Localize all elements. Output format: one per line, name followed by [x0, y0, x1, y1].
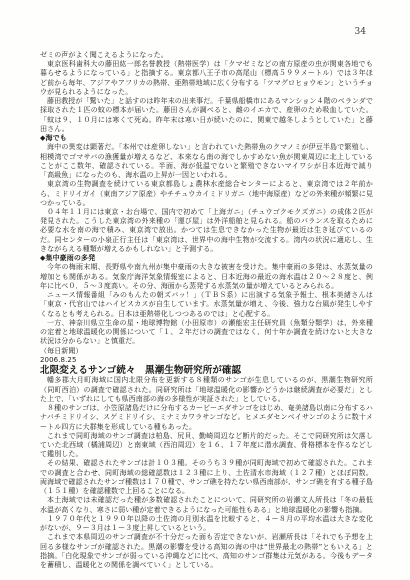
document-page: 34 ゼミの声がよく聞こえるようになった。 東京医科歯科大の藤田紘一郎名誉教授（…: [0, 0, 410, 580]
article1-paragraph-tokyo-bay: 東京湾の生物調査を続けている東京都島しょ農林水産総合センターによると、東京湾では…: [40, 180, 373, 208]
article1-paragraph-sea-changes: 海中の異変は顕著だ。「本州では産卵しない」と言われていた熱帯魚のクマノミが伊豆半…: [40, 143, 373, 180]
article1-section-heading-sea: ◆海でも: [40, 134, 373, 143]
article2-paragraph-outlook: これまで本県周辺のサンゴ調査が不十分だった面も否定できないが、岩瀬所長は「それで…: [40, 533, 373, 570]
article1-paragraph-rain: 今年の梅雨末期、長野県や南九州が集中豪雨の大きな被害を受けた。集中豪雨の多発は、…: [40, 263, 373, 291]
article2-headline: 北限変えるサンゴ続々 黒潮生物研究所が確認: [40, 365, 373, 376]
article1-paragraph-fujita-intro: 東京医科歯科大の藤田紘一郎名誉教授（熱帯医学）は「クマゼミなどの南方原産の虫が関…: [40, 60, 373, 97]
page-content: ゼミの声がよく聞こえるようになった。 東京医科歯科大の藤田紘一郎名誉教授（熱帯医…: [40, 51, 373, 570]
article2-date: 2006.8.25: [40, 356, 373, 365]
article2-paragraph-survey: これまで同町海域のサンゴ調査は柏島、尻貝、勤崎周辺など断片的だった。そこで同研究…: [40, 432, 373, 460]
article1-continuation-line: ゼミの声がよく聞こえるようになった。: [40, 51, 373, 60]
article2-paragraph-temperature: １９７０年代と１９９０年以降の土佐湾の月別水温を比較すると、４ー８月の平均水温は…: [40, 515, 373, 533]
article2-paragraph-lead: 幡多郡大月町海域に国内北限分布を更新する８種類のサンゴが生息しているのが、黒潮生…: [40, 376, 373, 404]
article2-paragraph-species: ８種のサンゴは、小笠原諸島だけに分布するカービーエダサンゴをはじめ、奄美諸島以南…: [40, 404, 373, 432]
article1-section-heading-rain: ◆集中豪雨の多発: [40, 254, 373, 263]
article2-paragraph-results: その結果、確認されたサンゴは計１０３種。そのうち３９種が同町海域で初めて確認され…: [40, 459, 373, 496]
article1-source-credit: （毎日新聞）: [40, 347, 373, 356]
article1-paragraph-fujita-mosquito: 藤田教授が「驚いた」と話すのは昨年末の出来事だ。千葉県船橋市にあるマンション４階…: [40, 97, 373, 134]
article1-paragraph-shanghai-crab: ０４年１１月には東京・お台場で、国内で初めて「上海ガニ」（チュウゴクモクズガニ）…: [40, 208, 373, 254]
article2-paragraph-director: 本土海域では未確認だった種が多数確認されたことについて、同研究所の岩瀬文人所長は…: [40, 496, 373, 514]
article1-paragraph-museum: 一方、神奈川県立生命の星・地球博物館（小田原市）の瀬能宏主任研究員（魚類分類学）…: [40, 319, 373, 347]
page-number: 34: [355, 27, 366, 37]
article1-paragraph-forecaster: ニュース情報番組「みのもんたの朝ズバッ！」（ＴＢＳ系）に出演する気象予報士、根本…: [40, 291, 373, 319]
